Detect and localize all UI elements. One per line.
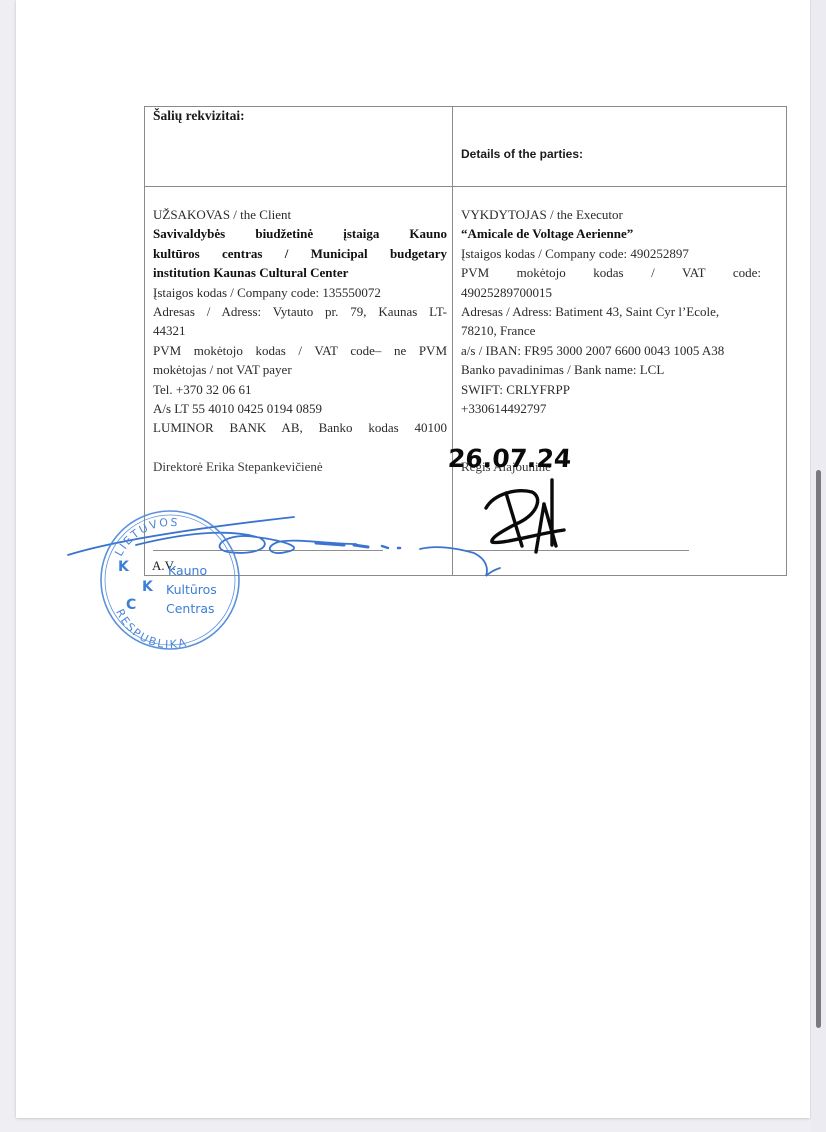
stamp-text: Kauno Kultūros Centras: [166, 563, 217, 616]
svg-text:Centras: Centras: [166, 601, 215, 616]
document-page: Šalių rekvizitai: Details of the parties…: [16, 0, 810, 1118]
signatures-overlay: LIETUVOS RESPUBLIKA K K C Kauno Kultūros…: [16, 0, 810, 1118]
executor-signature-initials: [486, 480, 564, 552]
scrollbar-thumb[interactable]: [816, 470, 821, 1028]
client-signature: [68, 517, 500, 576]
svg-text:C: C: [126, 597, 136, 613]
svg-text:Kauno: Kauno: [168, 563, 207, 578]
stamp-letters: K K C: [118, 559, 154, 613]
svg-text:Kultūros: Kultūros: [166, 582, 217, 597]
svg-text:K: K: [142, 579, 154, 595]
svg-text:K: K: [118, 559, 130, 575]
stamp: [101, 511, 239, 649]
